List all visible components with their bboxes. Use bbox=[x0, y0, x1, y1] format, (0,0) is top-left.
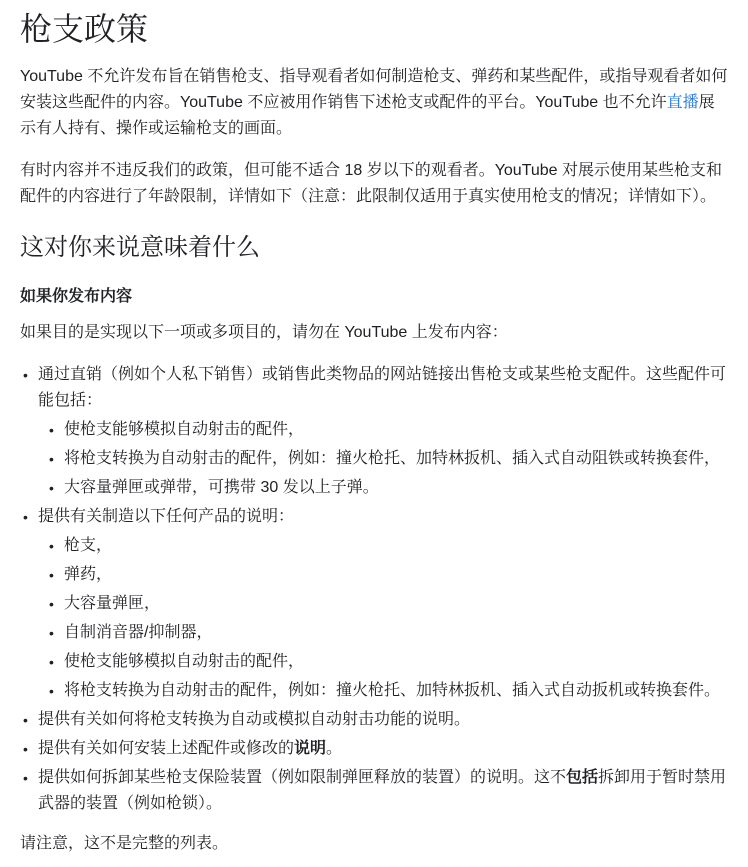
rule-sell-firearms-text: 通过直销（例如个人私下销售）或销售此类物品的网站链接出售枪支或某些枪支配件。这些… bbox=[38, 366, 726, 409]
intro-paragraph: YouTube 不允许发布旨在销售枪支、指导观看者如何制造枪支、弹药和某些配件，… bbox=[20, 64, 728, 142]
sell-accessories-sublist: 使枪支能够模拟自动射击的配件， 将枪支转换为自动射击的配件，例如：撞火枪托、加特… bbox=[38, 417, 728, 501]
posting-lead: 如果目的是实现以下一项或多项目的，请勿在 YouTube 上发布内容： bbox=[20, 320, 728, 346]
rule-install-pre: 提供有关如何安装上述配件或修改的 bbox=[38, 740, 294, 757]
sub-rule-simulated-auto-fire-accessory: 使枪支能够模拟自动射击的配件， bbox=[46, 649, 728, 675]
sub-rule-high-capacity-magazine: 大容量弹匣， bbox=[46, 591, 728, 617]
rule-manufacturing-instructions-text: 提供有关制造以下任何产品的说明： bbox=[38, 508, 294, 525]
rule-conversion-instructions: 提供有关如何将枪支转换为自动或模拟自动射击功能的说明。 bbox=[20, 707, 728, 733]
rule-install-bold: 说明 bbox=[294, 740, 326, 757]
sub-rule-ammunition: 弹药， bbox=[46, 562, 728, 588]
sub-rule-firearms: 枪支， bbox=[46, 533, 728, 559]
rule-install-instructions: 提供有关如何安装上述配件或修改的说明。 bbox=[20, 736, 728, 762]
sub-rule-simulated-auto-fire: 使枪支能够模拟自动射击的配件， bbox=[46, 417, 728, 443]
intro-text-before-link: YouTube 不允许发布旨在销售枪支、指导观看者如何制造枪支、弹药和某些配件，… bbox=[20, 68, 727, 111]
page-title: 枪支政策 bbox=[20, 8, 728, 50]
age-restriction-paragraph: 有时内容并不违反我们的政策，但可能不适合 18 岁以下的观看者。YouTube … bbox=[20, 158, 728, 210]
rules-list: 通过直销（例如个人私下销售）或销售此类物品的网站链接出售枪支或某些枪支配件。这些… bbox=[20, 362, 728, 817]
live-stream-link[interactable]: 直播 bbox=[667, 94, 699, 111]
posting-subheading: 如果你发布内容 bbox=[20, 286, 728, 308]
rule-remove-safety-devices: 提供如何拆卸某些枪支保险装置（例如限制弹匣释放的装置）的说明。这不包括拆卸用于暂… bbox=[20, 765, 728, 817]
manufacturing-products-sublist: 枪支， 弹药， 大容量弹匣， 自制消音器/抑制器， 使枪支能够模拟自动射击的配件… bbox=[38, 533, 728, 704]
section-heading: 这对你来说意味着什么 bbox=[20, 232, 728, 264]
policy-article: 枪支政策 YouTube 不允许发布旨在销售枪支、指导观看者如何制造枪支、弹药和… bbox=[0, 0, 748, 867]
rule-install-post: 。 bbox=[326, 740, 342, 757]
rule-sell-firearms: 通过直销（例如个人私下销售）或销售此类物品的网站链接出售枪支或某些枪支配件。这些… bbox=[20, 362, 728, 501]
rule-remove-safety-bold: 包括 bbox=[566, 769, 598, 786]
sub-rule-homemade-suppressor: 自制消音器/抑制器， bbox=[46, 620, 728, 646]
rule-remove-safety-pre: 提供如何拆卸某些枪支保险装置（例如限制弹匣释放的装置）的说明。这不 bbox=[38, 769, 566, 786]
sub-rule-convert-auto-fire: 将枪支转换为自动射击的配件，例如：撞火枪托、加特林扳机、插入式自动阻铁或转换套件… bbox=[46, 446, 728, 472]
closing-note: 请注意，这不是完整的列表。 bbox=[20, 831, 728, 857]
sub-rule-convert-auto-fire-accessory: 将枪支转换为自动射击的配件，例如：撞火枪托、加特林扳机、插入式自动扳机或转换套件… bbox=[46, 678, 728, 704]
sub-rule-high-capacity-magazine: 大容量弹匣或弹带，可携带 30 发以上子弹。 bbox=[46, 475, 728, 501]
rule-manufacturing-instructions: 提供有关制造以下任何产品的说明： 枪支， 弹药， 大容量弹匣， 自制消音器/抑制… bbox=[20, 504, 728, 704]
